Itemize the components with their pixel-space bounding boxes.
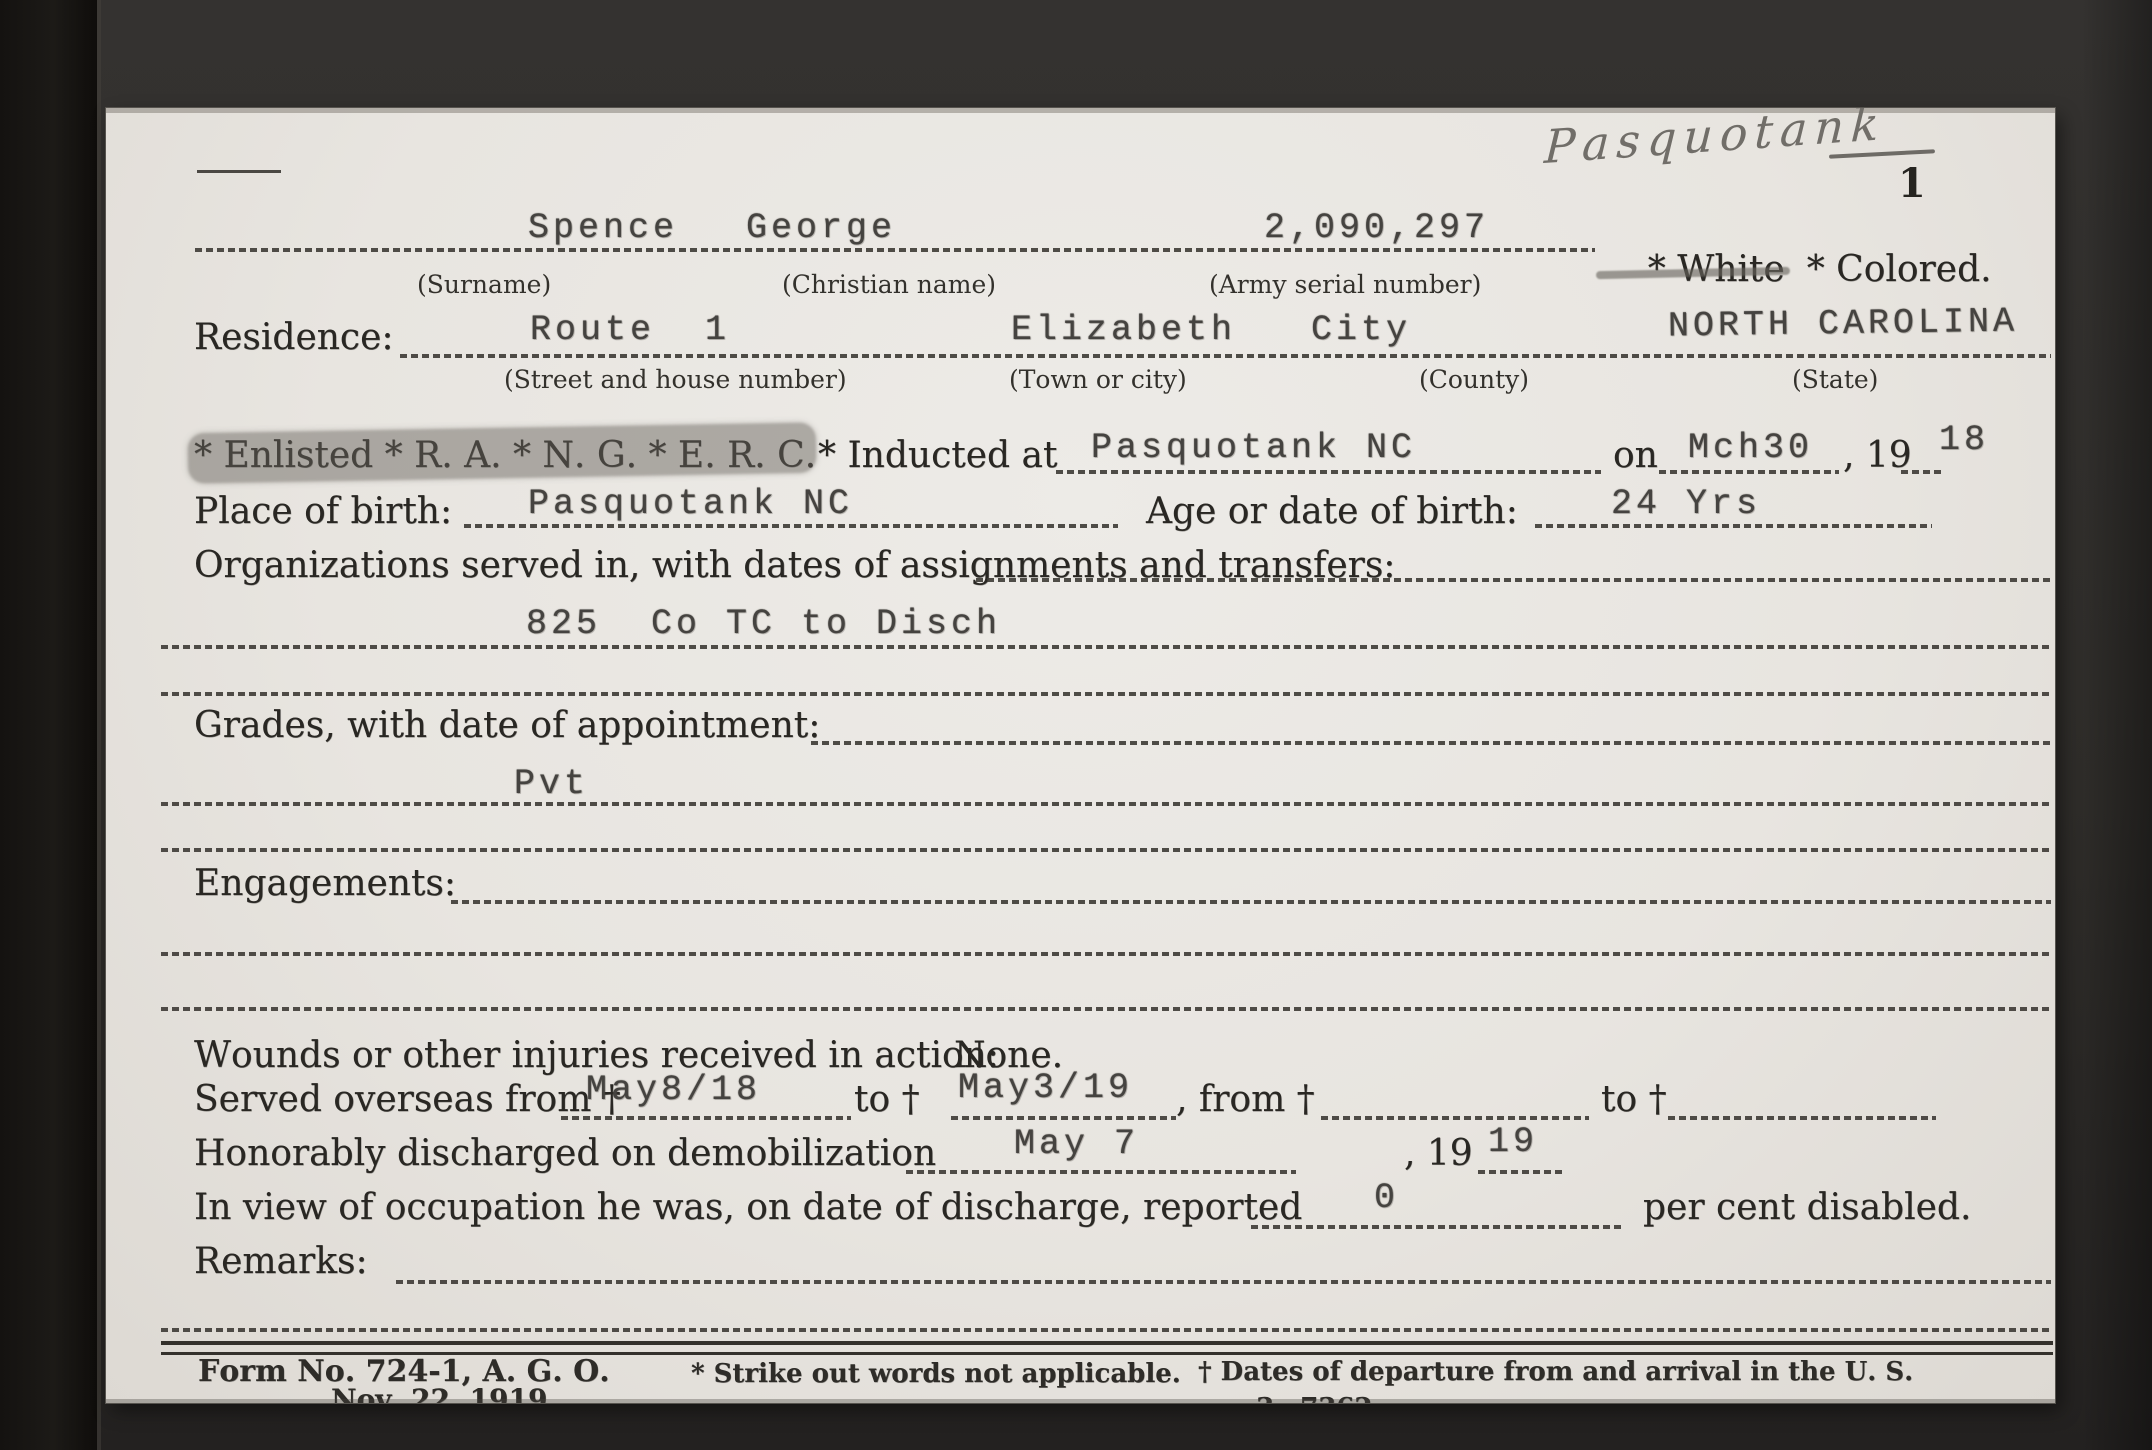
organizations-label-rule [976, 578, 2051, 582]
grades-value: Pvt [514, 764, 589, 804]
serial-number-value: 2,090,297 [1264, 208, 1489, 248]
residence-town-value: Elizabeth City [1011, 310, 1411, 350]
age-rule [1535, 524, 1932, 528]
state-caption: (State) [1792, 366, 1878, 394]
residence-state-value: NORTH CAROLINA [1668, 302, 2019, 347]
discharge-date-rule [906, 1170, 1296, 1174]
inducted-date-value: Mch30 [1688, 428, 1813, 468]
serial-caption: (Army serial number) [1209, 271, 1481, 299]
birth-place-label: Place of birth: [194, 492, 452, 532]
scan-right-shade [2082, 0, 2152, 1450]
overseas-from-value: May8/18 [586, 1070, 761, 1110]
remarks-label: Remarks: [194, 1242, 368, 1282]
inducted-year-value: 18 [1939, 420, 1989, 460]
discharge-year-rule [1478, 1170, 1566, 1174]
handwritten-county: Pasquotank [1543, 108, 1887, 174]
discharge-year-value: 19 [1488, 1122, 1538, 1162]
film-strip-edge [0, 0, 97, 1450]
organizations-value-rule [161, 645, 2051, 649]
grades-label: Grades, with date of appointment: [194, 706, 820, 746]
street-caption: (Street and house number) [504, 366, 847, 394]
age-label: Age or date of birth: [1146, 492, 1518, 532]
page-number: 1 [1898, 160, 1926, 207]
birth-place-rule [464, 524, 1118, 528]
discharge-date-value: May 7 [1014, 1124, 1139, 1164]
strike-out-note: * Strike out words not applicable. [691, 1360, 1181, 1389]
form-date: Nov. 22, 1919. [331, 1385, 557, 1403]
blank-rule-2 [161, 848, 2051, 852]
overseas-from2-label: , from † [1176, 1080, 1315, 1120]
overseas-to-value: May3/19 [958, 1068, 1133, 1108]
inducted-place-value: Pasquotank NC [1091, 428, 1416, 468]
age-value: 24 Yrs [1611, 484, 1761, 524]
discharge-label: Honorably discharged on demobilization [194, 1134, 936, 1174]
name-rule [195, 248, 1595, 252]
overseas-from2-rule [1321, 1116, 1589, 1120]
remarks-rule [396, 1280, 2051, 1284]
film-strip-gap [97, 0, 101, 1450]
surname-caption: (Surname) [417, 271, 551, 299]
discharge-year-prefix: , 19 [1404, 1134, 1473, 1174]
birth-place-value: Pasquotank NC [528, 484, 853, 524]
residence-rule [400, 354, 2051, 358]
overseas-to2-label: to † [1601, 1080, 1667, 1120]
inducted-year-rule [1901, 470, 1943, 474]
print-code: 3—7362 [1256, 1394, 1372, 1403]
overseas-to2-rule [1668, 1116, 1936, 1120]
inducted-date-rule [1659, 470, 1839, 474]
footer-double-rule [161, 1341, 2053, 1355]
inducted-on-label: on [1613, 436, 1658, 476]
inducted-at-label: * Inducted at [818, 436, 1057, 476]
residence-label: Residence: [194, 318, 394, 358]
county-caption: (County) [1419, 366, 1529, 394]
inducted-place-rule [1056, 470, 1601, 474]
disability-value: 0 [1374, 1178, 1399, 1218]
service-record-card: Pasquotank 1 Spence George 2,090,297 * W… [106, 108, 2055, 1403]
race-white-struck: * White [1648, 250, 1785, 290]
footer-dashed-rule [161, 1328, 2051, 1332]
departure-dates-note: † Dates of departure from and arrival in… [1198, 1358, 1913, 1387]
organizations-value: 825 Co TC to Disch [526, 604, 1001, 644]
blank-rule-3 [161, 952, 2051, 956]
blank-rule-1 [161, 692, 2051, 696]
overseas-from-rule [561, 1116, 851, 1120]
surname-value: Spence [528, 208, 678, 248]
town-caption: (Town or city) [1009, 366, 1187, 394]
grades-value-rule [161, 802, 2051, 806]
race-colored: * Colored. [1807, 250, 1992, 290]
engagements-rule [451, 900, 2051, 904]
overseas-to-label: to † [854, 1080, 920, 1120]
disability-label: In view of occupation he was, on date of… [194, 1188, 1302, 1228]
christian-name-value: George [746, 208, 896, 248]
top-left-mark [197, 170, 281, 173]
overseas-to-rule [951, 1116, 1176, 1120]
residence-street-value: Route 1 [530, 310, 730, 350]
disability-suffix: per cent disabled. [1643, 1188, 1971, 1228]
grades-label-rule [811, 741, 2051, 745]
engagements-label: Engagements: [194, 864, 456, 904]
christian-caption: (Christian name) [782, 271, 996, 299]
overseas-from-label: Served overseas from † [194, 1080, 621, 1120]
blank-rule-4 [161, 1007, 2051, 1011]
disability-rule [1251, 1225, 1621, 1229]
